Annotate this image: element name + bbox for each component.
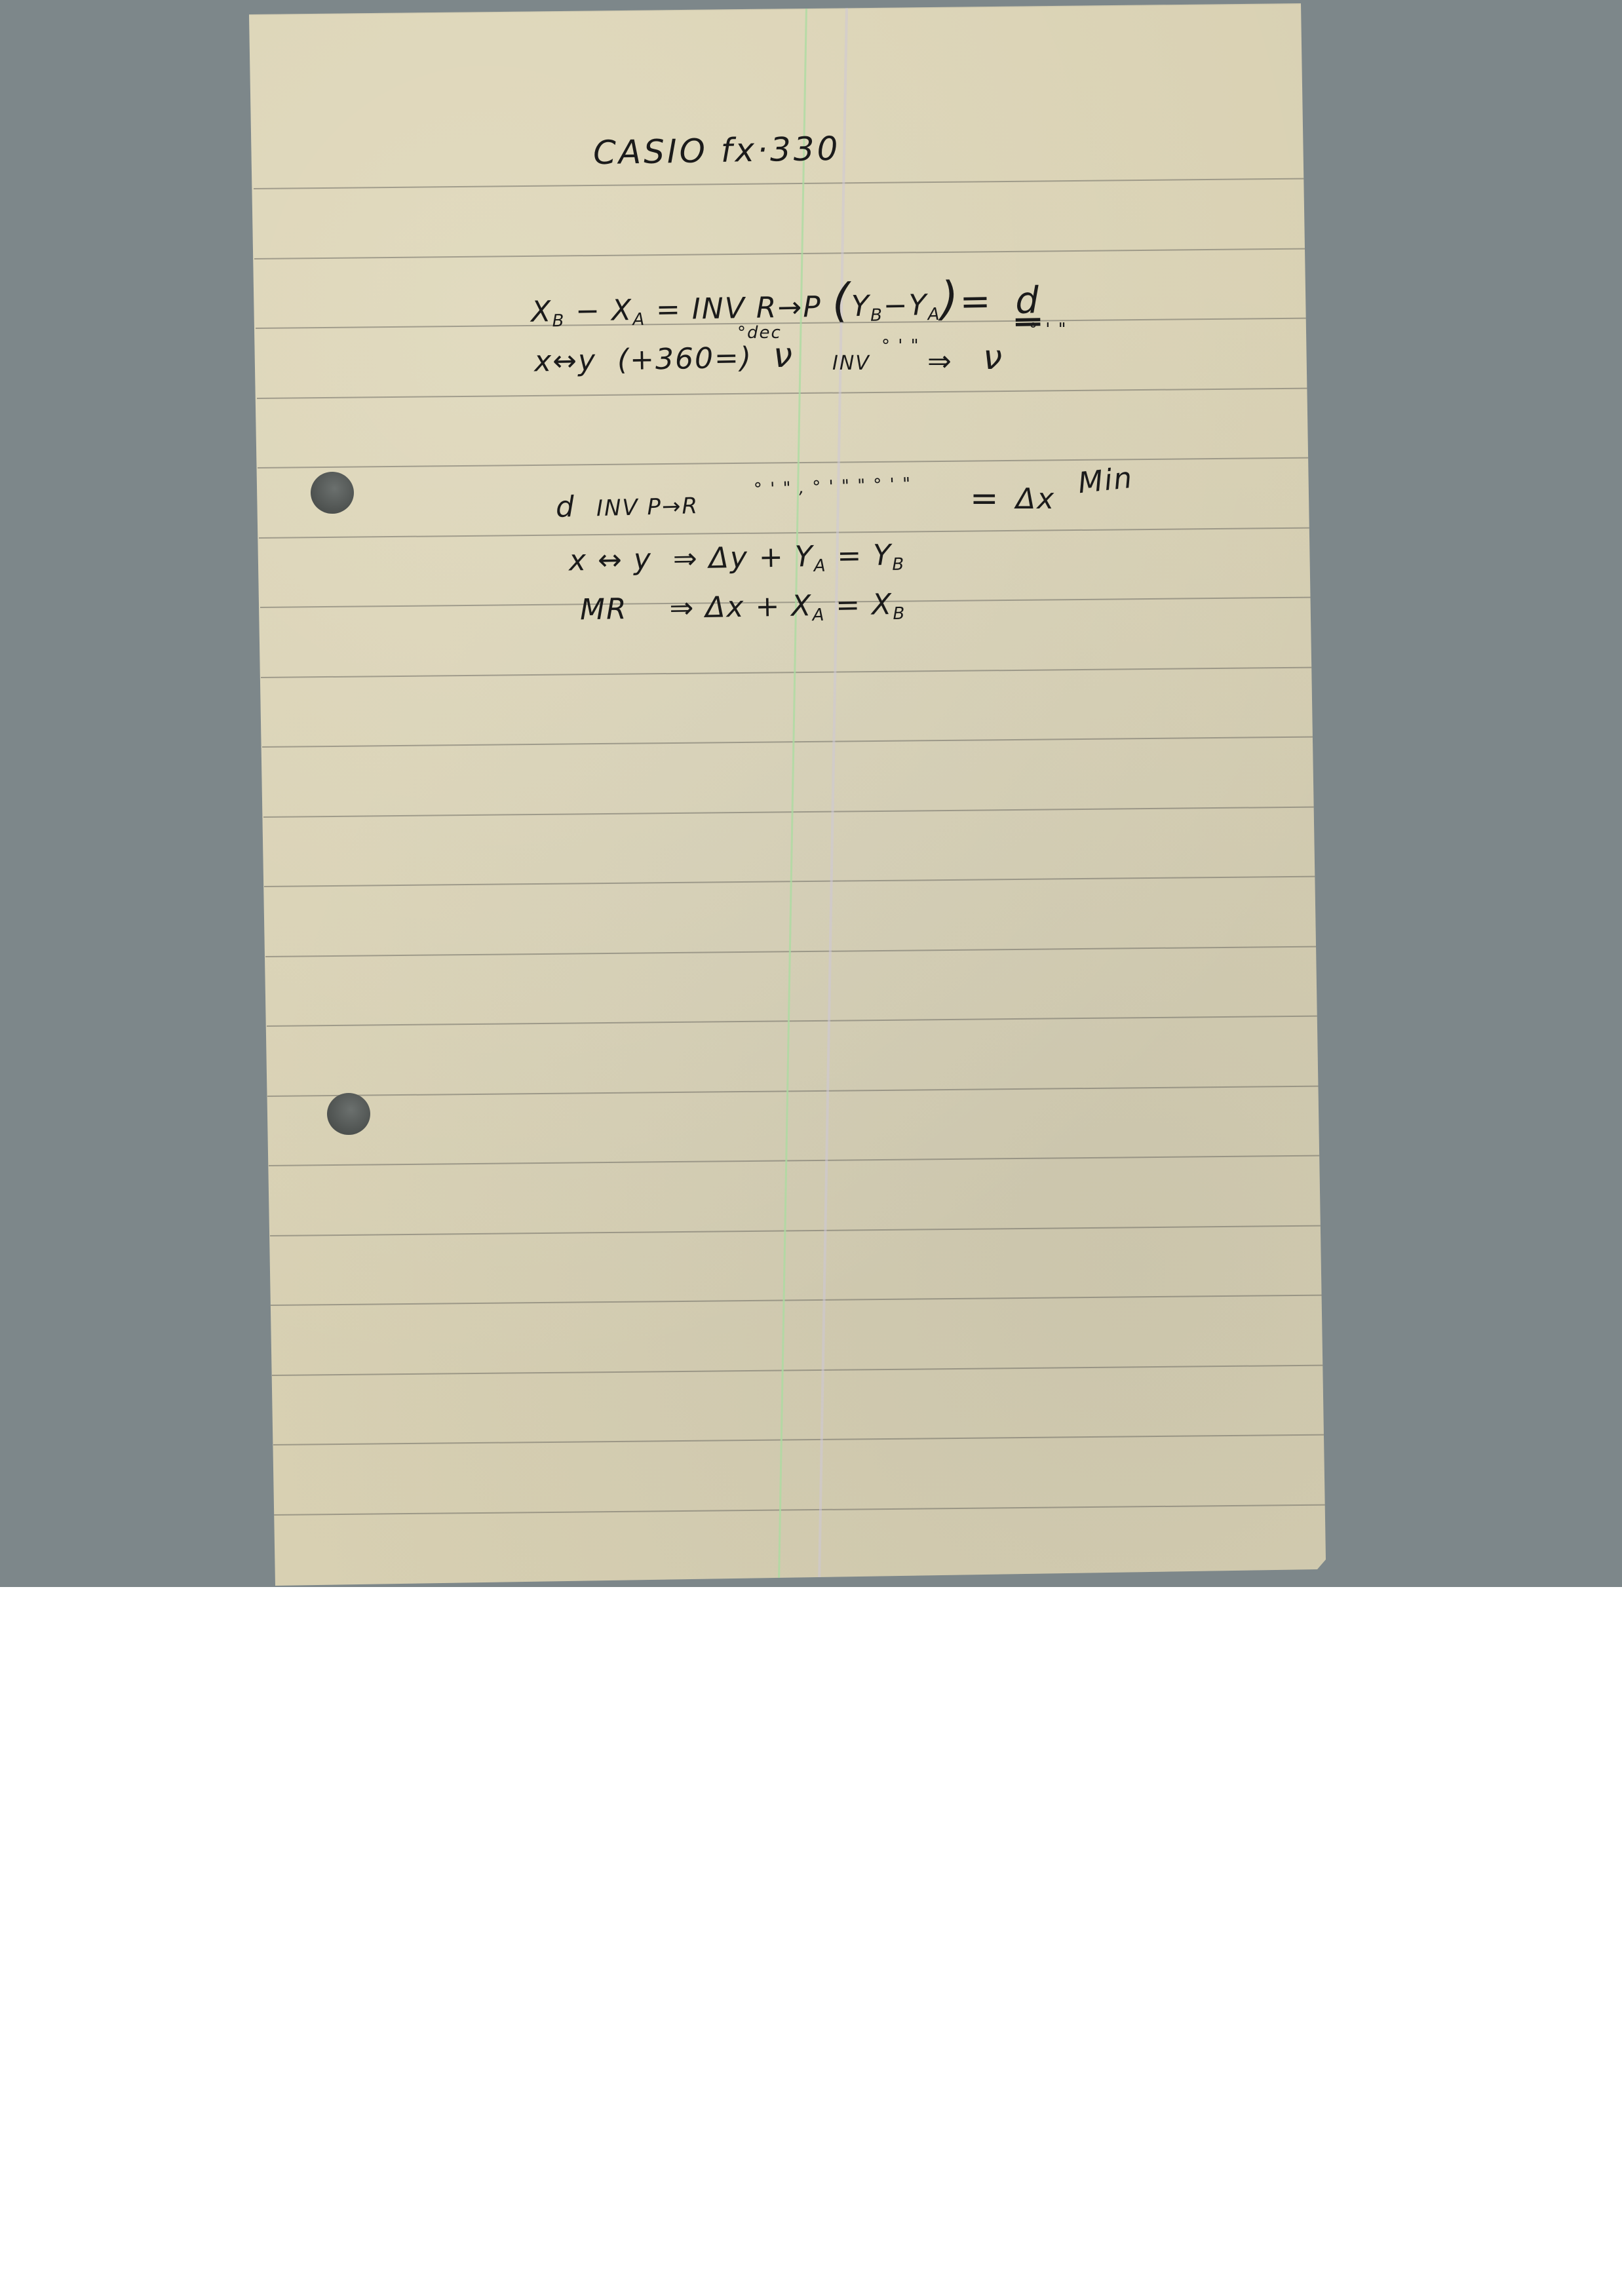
- ruled-line: [262, 736, 1336, 748]
- formula-inverse-problem: XB − XA = INV R→P (YB−YA)= d: [530, 274, 1040, 330]
- implies-arrow: ⇒: [927, 347, 953, 376]
- var-xa: X: [611, 294, 633, 328]
- key-memory-recall: MR: [580, 592, 628, 626]
- page-title: CASIO fx·330: [593, 132, 841, 170]
- close-paren: ): [940, 271, 960, 325]
- ruled-line: [261, 666, 1335, 678]
- result-delta-x: Δx: [1016, 485, 1055, 514]
- implies-arrow: ⇒: [669, 591, 695, 625]
- ruled-line: [265, 946, 1340, 957]
- subscript-b: B: [870, 305, 883, 325]
- equals-sign: =: [959, 280, 1005, 323]
- superscript-odec: °dec: [737, 324, 782, 341]
- expression: Δy + Y: [708, 540, 814, 575]
- key-sequence-dms: ° ' " , ° ' " " ° ' ": [754, 476, 912, 498]
- formula-compute-yb: x ↔ y ⇒ Δy + YA = YB: [569, 541, 906, 579]
- subscript-a: A: [632, 310, 646, 330]
- ruled-line: [254, 248, 1329, 259]
- result-d: d: [1015, 279, 1041, 322]
- ruled-line: [267, 1085, 1342, 1097]
- ruled-line: [271, 1294, 1344, 1306]
- equals-xb: = X: [825, 588, 893, 622]
- formula-compute-xb: MR ⇒ Δx + XA = XB: [580, 590, 906, 628]
- margin-line-green: [778, 7, 807, 1579]
- minus-sign: −: [565, 294, 612, 328]
- minus-sign: −: [883, 289, 909, 323]
- ruled-line: [273, 1434, 1347, 1445]
- open-paren: (: [832, 273, 852, 327]
- memory-in-key: Min: [1077, 464, 1134, 499]
- expression: Δx + X: [705, 589, 813, 624]
- ruled-line: [267, 1015, 1341, 1027]
- ruled-line: [257, 387, 1331, 399]
- var-xb: X: [531, 295, 552, 329]
- key-inv: INV: [832, 354, 870, 373]
- implies-arrow: ⇒: [672, 542, 699, 576]
- ruled-line: [263, 806, 1338, 818]
- formula-angle-conversion: x↔y (+360=) ν: [534, 339, 794, 377]
- punch-hole-upper: [311, 472, 354, 514]
- superscript-dms: ° ' ": [881, 337, 920, 354]
- subscript-b: B: [892, 555, 905, 575]
- var-d: d: [555, 490, 575, 524]
- formula-direct-problem: d INV P→R: [555, 489, 699, 522]
- subscript-a: A: [927, 305, 940, 324]
- angle-nu-result: ν: [983, 341, 1003, 375]
- key-x-swap-y: x ↔ y: [569, 543, 653, 577]
- ruled-line: [269, 1155, 1342, 1166]
- subscript-a: A: [814, 556, 827, 576]
- subscript-b: B: [552, 311, 565, 331]
- equals-sign: =: [970, 482, 1000, 516]
- ruled-line: [258, 457, 1332, 469]
- margin-line-lavender: [818, 7, 848, 1579]
- punch-hole-lower: [327, 1093, 370, 1135]
- subscript-b: B: [893, 604, 906, 624]
- operation-inv-p-to-r: INV P→R: [596, 493, 699, 522]
- ruled-line: [264, 875, 1338, 887]
- ruled-line: [274, 1504, 1347, 1516]
- add-360: (+360=): [617, 341, 753, 377]
- var-ya: Y: [908, 288, 928, 322]
- ruled-line: [270, 1225, 1343, 1236]
- ruled-line: [272, 1364, 1345, 1376]
- ruled-line: [253, 178, 1328, 189]
- key-x-swap-y: x↔y: [534, 344, 597, 379]
- subscript-a: A: [812, 605, 825, 625]
- operation-inv-r-to-p: = INV R→P: [646, 290, 833, 327]
- equals-yb: = Y: [826, 539, 893, 573]
- var-yb: Y: [851, 290, 871, 323]
- superscript-dms-result: ° ' ": [1029, 321, 1068, 338]
